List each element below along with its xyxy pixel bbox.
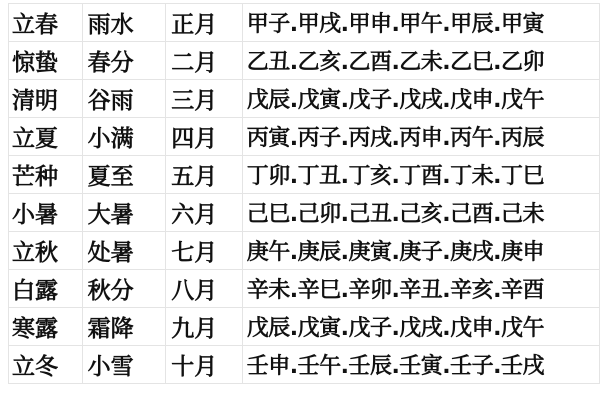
cell-month[interactable]: 三月 (166, 80, 243, 118)
cell-term1[interactable]: 立秋 (9, 232, 83, 270)
cell-month[interactable]: 六月 (166, 194, 243, 232)
cell-term1[interactable]: 立春 (9, 4, 83, 42)
cell-term1[interactable]: 惊蛰 (9, 42, 83, 80)
table-row: 立春 雨水 正月 甲子.甲戌.甲申.甲午.甲辰.甲寅 (9, 4, 600, 42)
cell-term1[interactable]: 立冬 (9, 346, 83, 384)
table-body: 立春 雨水 正月 甲子.甲戌.甲申.甲午.甲辰.甲寅 惊蛰 春分 二月 乙丑.乙… (9, 4, 600, 384)
cell-pillars[interactable]: 戊辰.戊寅.戊子.戊戌.戊申.戊午 (242, 80, 599, 118)
table-row: 立秋 处暑 七月 庚午.庚辰.庚寅.庚子.庚戌.庚申 (9, 232, 600, 270)
cell-pillars[interactable]: 己巳.己卯.己丑.己亥.己酉.己未 (242, 194, 599, 232)
table-row: 立冬 小雪 十月 壬申.壬午.壬辰.壬寅.壬子.壬戌 (9, 346, 600, 384)
cell-term2[interactable]: 小雪 (82, 346, 166, 384)
cell-term2[interactable]: 谷雨 (82, 80, 166, 118)
cell-pillars[interactable]: 甲子.甲戌.甲申.甲午.甲辰.甲寅 (242, 4, 599, 42)
cell-term1[interactable]: 立夏 (9, 118, 83, 156)
table-row: 惊蛰 春分 二月 乙丑.乙亥.乙酉.乙未.乙巳.乙卯 (9, 42, 600, 80)
cell-pillars[interactable]: 丙寅.丙子.丙戌.丙申.丙午.丙辰 (242, 118, 599, 156)
cell-term2[interactable]: 夏至 (82, 156, 166, 194)
table-row: 白露 秋分 八月 辛未.辛巳.辛卯.辛丑.辛亥.辛酉 (9, 270, 600, 308)
cell-pillars[interactable]: 戊辰.戊寅.戊子.戊戌.戊申.戊午 (242, 308, 599, 346)
cell-term2[interactable]: 雨水 (82, 4, 166, 42)
cell-pillars[interactable]: 辛未.辛巳.辛卯.辛丑.辛亥.辛酉 (242, 270, 599, 308)
cell-pillars[interactable]: 乙丑.乙亥.乙酉.乙未.乙巳.乙卯 (242, 42, 599, 80)
cell-pillars[interactable]: 丁卯.丁丑.丁亥.丁酉.丁未.丁巳 (242, 156, 599, 194)
cell-term2[interactable]: 大暑 (82, 194, 166, 232)
solar-terms-table: 立春 雨水 正月 甲子.甲戌.甲申.甲午.甲辰.甲寅 惊蛰 春分 二月 乙丑.乙… (8, 3, 600, 384)
cell-term2[interactable]: 春分 (82, 42, 166, 80)
cell-month[interactable]: 五月 (166, 156, 243, 194)
cell-term1[interactable]: 清明 (9, 80, 83, 118)
cell-month[interactable]: 七月 (166, 232, 243, 270)
cell-month[interactable]: 九月 (166, 308, 243, 346)
cell-month[interactable]: 四月 (166, 118, 243, 156)
cell-term1[interactable]: 白露 (9, 270, 83, 308)
cell-month[interactable]: 十月 (166, 346, 243, 384)
table-row: 立夏 小满 四月 丙寅.丙子.丙戌.丙申.丙午.丙辰 (9, 118, 600, 156)
cell-term2[interactable]: 处暑 (82, 232, 166, 270)
cell-term1[interactable]: 寒露 (9, 308, 83, 346)
cell-term2[interactable]: 小满 (82, 118, 166, 156)
table-row: 小暑 大暑 六月 己巳.己卯.己丑.己亥.己酉.己未 (9, 194, 600, 232)
cell-month[interactable]: 二月 (166, 42, 243, 80)
cell-month[interactable]: 八月 (166, 270, 243, 308)
cell-pillars[interactable]: 壬申.壬午.壬辰.壬寅.壬子.壬戌 (242, 346, 599, 384)
table-row: 芒种 夏至 五月 丁卯.丁丑.丁亥.丁酉.丁未.丁巳 (9, 156, 600, 194)
cell-term2[interactable]: 秋分 (82, 270, 166, 308)
table-row: 清明 谷雨 三月 戊辰.戊寅.戊子.戊戌.戊申.戊午 (9, 80, 600, 118)
solar-terms-table-container: 立春 雨水 正月 甲子.甲戌.甲申.甲午.甲辰.甲寅 惊蛰 春分 二月 乙丑.乙… (0, 3, 600, 384)
cell-month[interactable]: 正月 (166, 4, 243, 42)
cell-term1[interactable]: 芒种 (9, 156, 83, 194)
cell-term1[interactable]: 小暑 (9, 194, 83, 232)
table-row: 寒露 霜降 九月 戊辰.戊寅.戊子.戊戌.戊申.戊午 (9, 308, 600, 346)
cell-term2[interactable]: 霜降 (82, 308, 166, 346)
cell-pillars[interactable]: 庚午.庚辰.庚寅.庚子.庚戌.庚申 (242, 232, 599, 270)
